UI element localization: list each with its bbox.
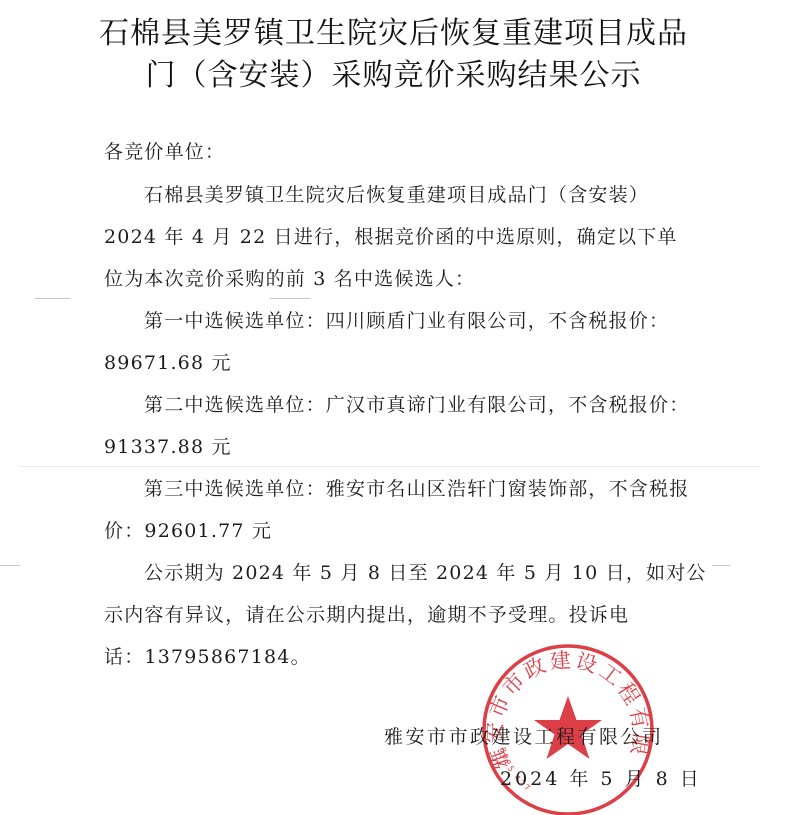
salutation: 各竞价单位： <box>104 137 225 164</box>
notice-line-2: 示内容有异议，请在公示期内提出，逾期不予受理。投诉电 <box>104 600 629 627</box>
signature-date: 2024 年 5 月 8 日 <box>500 764 702 791</box>
scan-artifact <box>20 466 760 467</box>
scan-artifact <box>712 565 730 566</box>
document-title-line-2: 门（含安装）采购竞价采购结果公示 <box>0 50 787 94</box>
intro-line-2: 2024 年 4 月 22 日进行，根据竞价函的中选原则，确定以下单 <box>104 222 678 249</box>
candidate-1-price: 89671.68 元 <box>104 348 232 375</box>
intro-line-3: 位为本次竞价采购的前 3 名中选候选人： <box>104 264 475 291</box>
intro-line-1: 石棉县美罗镇卫生院灾后恢复重建项目成品门（含安装） <box>144 180 649 207</box>
notice-line-1: 公示期为 2024 年 5 月 8 日至 2024 年 5 月 10 日，如对公 <box>144 558 707 585</box>
scan-artifact <box>35 298 70 299</box>
signature-company: 雅安市市政建设工程有限公司 <box>384 722 664 749</box>
scan-artifact <box>270 298 310 299</box>
candidate-3-price: 价：92601.77 元 <box>104 516 272 543</box>
notice-line-3: 话：13795867184。 <box>104 642 311 669</box>
candidate-2-price: 91337.88 元 <box>104 432 232 459</box>
candidate-2-line-1: 第二中选候选单位：广汉市真谛门业有限公司，不含税报价： <box>144 390 689 417</box>
candidate-3-line-1: 第三中选候选单位：雅安市名山区浩轩门窗装饰部，不含税报 <box>144 474 689 501</box>
candidate-1-line-1: 第一中选候选单位：四川顾盾门业有限公司，不含税报价： <box>144 306 669 333</box>
scan-artifact <box>0 565 20 566</box>
document-title-line-1: 石棉县美罗镇卫生院灾后恢复重建项目成品 <box>0 8 787 52</box>
